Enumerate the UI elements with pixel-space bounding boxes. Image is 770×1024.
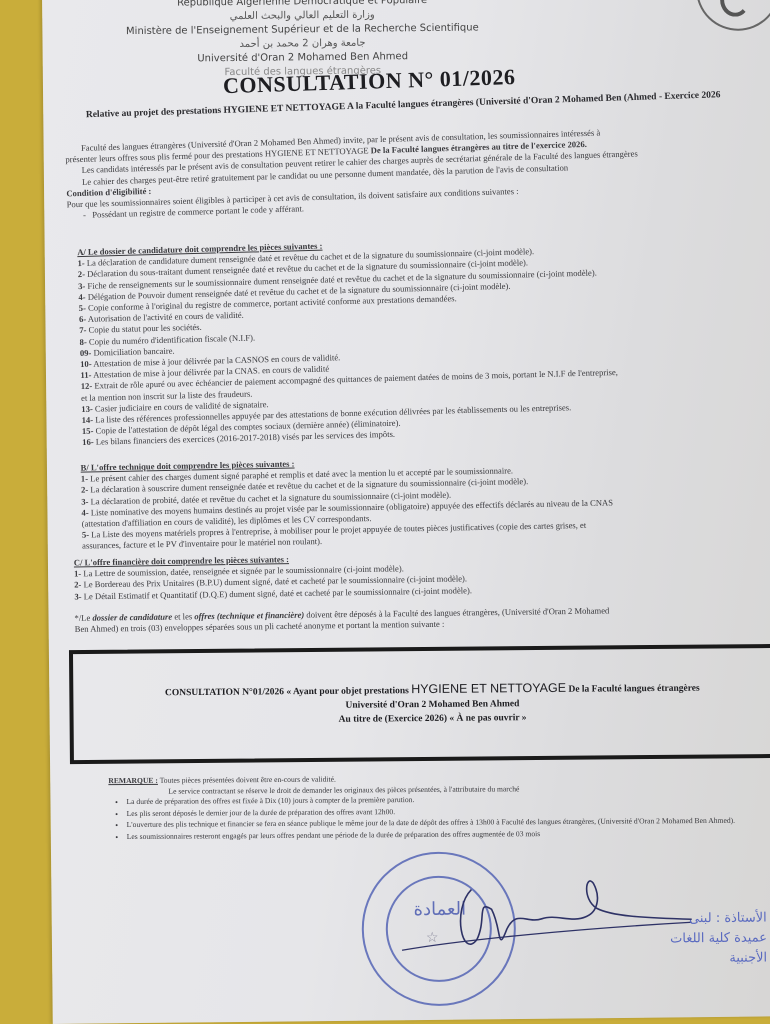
signatory-block: الأستاذة : لبنى عميدة كلية اللغات الأجنب… xyxy=(557,908,768,970)
section-b: B/ L'offre technique doit comprendre les… xyxy=(81,449,770,552)
document-page: République Algérienne Démocratique et Po… xyxy=(42,0,770,1024)
item-number: 8- xyxy=(79,336,86,346)
item-number: 3- xyxy=(81,496,88,506)
item-number: 09- xyxy=(80,348,92,358)
deposit-instructions: */Le dossier de candidature et les offre… xyxy=(74,603,764,635)
item-number: 1- xyxy=(74,569,81,579)
deposit-offres: offres (technique et financière) xyxy=(194,610,304,622)
item-number: 3- xyxy=(74,591,81,601)
section-c: C/ L'offre financière doit comprendre le… xyxy=(74,547,765,603)
envelope-mention-box: CONSULTATION N°01/2026 « Ayant pour obje… xyxy=(69,644,770,764)
section-a: A/ Le dossier de candidature doit compre… xyxy=(77,229,770,449)
section-a-list: 1- La déclaration de candidature dument … xyxy=(77,240,770,448)
remarks-first: Toutes pièces présentées doivent être en… xyxy=(158,775,336,785)
section-b-list: 1- Le présent cahier des charges dument … xyxy=(81,461,770,553)
item-number: 11- xyxy=(80,370,91,380)
intro-section: Faculté des langues étrangères (Universi… xyxy=(65,123,757,222)
item-number: 16- xyxy=(82,437,94,447)
mention-line1-big: HYGIENE ET NETTOYAGE xyxy=(411,681,566,696)
item-number: 6- xyxy=(79,314,86,324)
item-number: 4- xyxy=(81,507,88,517)
item-number: 1- xyxy=(77,258,84,268)
remarks-label: REMARQUE : xyxy=(108,776,158,785)
university-seal-icon xyxy=(696,0,770,31)
item-text: Domiciliation bancaire. xyxy=(93,345,174,357)
signatory-line1: الأستاذة : لبنى xyxy=(557,908,767,930)
item-number: 15- xyxy=(82,426,94,436)
item-number: 3- xyxy=(78,280,85,290)
item-number: 13- xyxy=(81,404,93,414)
mention-line2: Université d'Oran 2 Mohamed Ben Ahmed xyxy=(345,697,519,713)
deposit-mid: et les xyxy=(172,611,194,621)
item-number: 4- xyxy=(78,292,85,302)
item-number: 1- xyxy=(81,474,88,484)
remarks-section: REMARQUE : Toutes pièces présentées doiv… xyxy=(108,771,770,843)
deposit-prefix: */Le xyxy=(74,613,92,623)
mention-line1a: CONSULTATION N°01/2026 « Ayant pour obje… xyxy=(165,686,411,698)
signatory-line2: عميدة كلية اللغات xyxy=(557,928,767,950)
item-number: 5- xyxy=(79,303,86,313)
mention-line1b: De la Faculté langues étrangères xyxy=(566,684,700,695)
item-number: 5- xyxy=(82,530,89,540)
item-number: 2- xyxy=(81,485,88,495)
item-number: 10- xyxy=(80,359,92,369)
mention-line3: Au titre de (Exercice 2026) « À ne pas o… xyxy=(339,711,527,727)
item-number: 2- xyxy=(78,269,85,279)
item-number: 14- xyxy=(82,415,94,425)
remarks-list: La durée de préparation des offres est f… xyxy=(108,792,770,842)
signatory-line3: الأجنبية xyxy=(557,948,767,970)
item-number: 7- xyxy=(79,325,86,335)
item-number: 2- xyxy=(74,580,81,590)
deposit-dossier: dossier de candidature xyxy=(92,612,172,623)
item-number: 12- xyxy=(81,381,93,391)
